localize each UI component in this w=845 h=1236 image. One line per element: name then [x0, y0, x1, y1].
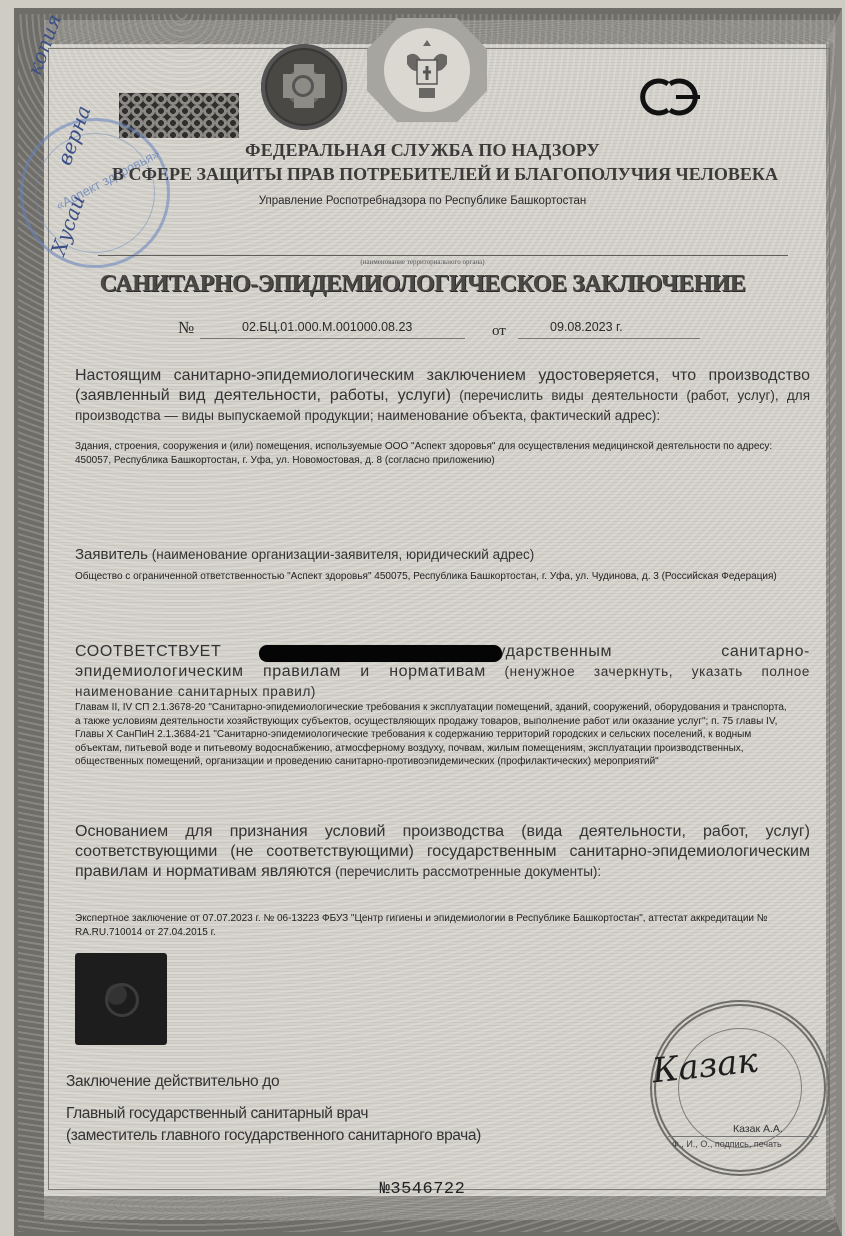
agency-name-line1: ФЕДЕРАЛЬНАЯ СЛУЖБА ПО НАДЗОРУ	[0, 140, 845, 161]
territorial-caption: (наименование территориального органа)	[0, 258, 845, 266]
signature-caption: Ф., И., О., подпись, печать	[672, 1139, 782, 1149]
territorial-underline	[98, 255, 788, 256]
date-label: от	[492, 323, 506, 340]
signature-line	[668, 1136, 818, 1137]
number-sign: №	[178, 318, 194, 338]
basis-statement: Основанием для признания условий произво…	[75, 822, 810, 882]
valid-until-label: Заключение действительно до	[66, 1073, 279, 1091]
form-serial-number: №3546722	[0, 1180, 845, 1199]
coat-of-arms-icon	[367, 18, 487, 122]
basis-documents: Экспертное заключение от 07.07.2023 г. №…	[75, 912, 795, 939]
document-number: 02.БЦ.01.000.М.001000.08.23	[242, 320, 412, 334]
document-number-row: № 02.БЦ.01.000.М.001000.08.23 от 09.08.2…	[0, 318, 845, 342]
hologram-sticker-icon	[75, 953, 167, 1045]
document-title: САНИТАРНО-ЭПИДЕМИОЛОГИЧЕСКОЕ ЗАКЛЮЧЕНИЕ	[0, 271, 845, 298]
territorial-body: Управление Роспотребнадзора по Республик…	[0, 195, 845, 207]
chief-doctor-title: Главный государственный санитарный врач	[66, 1105, 368, 1123]
agency-name-line2: В СФЕРЕ ЗАЩИТЫ ПРАВ ПОТРЕБИТЕЛЕЙ И БЛАГО…	[0, 164, 845, 185]
certification-intro: Настоящим санитарно-эпидемиологическим з…	[75, 366, 810, 426]
sanitary-rules: Главам II, IV СП 2.1.3678-20 "Санитарно-…	[75, 701, 795, 769]
deputy-chief-title: (заместитель главного государственного с…	[66, 1127, 481, 1145]
number-underline	[200, 338, 465, 339]
hologram-seal-icon	[261, 44, 347, 130]
se-logo-icon	[628, 74, 710, 120]
applicant-label: Заявитель (наименование организации-заяв…	[75, 546, 534, 563]
border-wave-bottom	[44, 1196, 834, 1220]
redaction-mark	[259, 645, 502, 662]
signer-name: Казак А.А.	[733, 1123, 783, 1135]
certified-object: Здания, строения, сооружения и (или) пом…	[75, 440, 795, 467]
applicant-value: Общество с ограниченной ответственностью…	[75, 570, 795, 584]
date-underline	[518, 338, 700, 339]
document-date: 09.08.2023 г.	[550, 320, 623, 334]
